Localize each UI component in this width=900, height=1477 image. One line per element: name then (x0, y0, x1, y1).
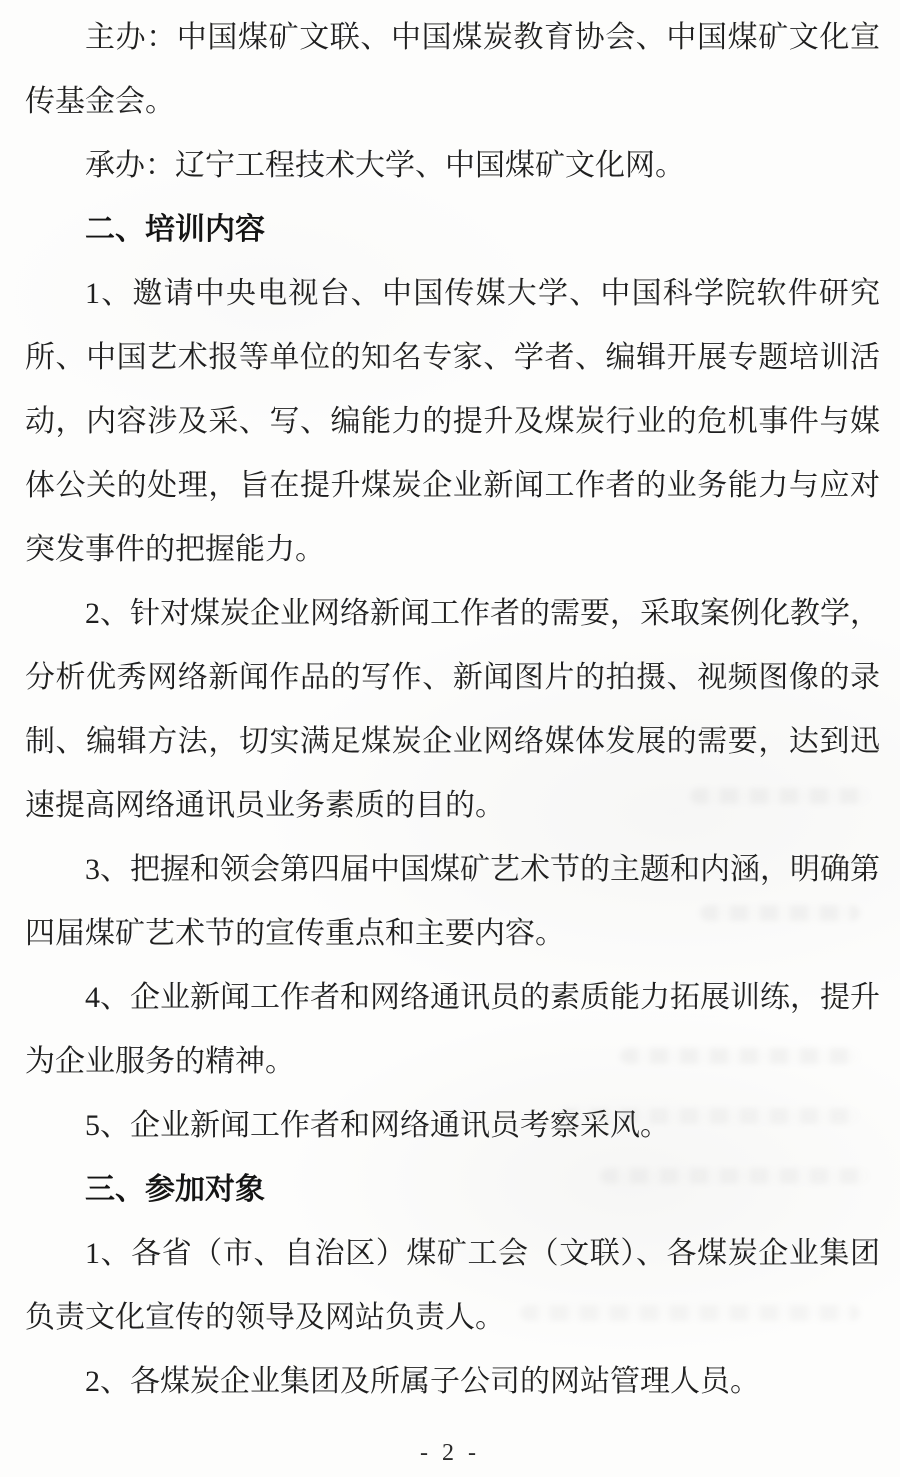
scanned-document-page: 主办：中国煤矿文联、中国煤炭教育协会、中国煤矿文化宣传基金会。 承办：辽宁工程技… (0, 0, 900, 1477)
participant-item-1: 1、各省（市、自治区）煤矿工会（文联）、各煤炭企业集团负责文化宣传的领导及网站负… (25, 1222, 880, 1350)
training-item-1: 1、邀请中央电视台、中国传媒大学、中国科学院软件研究所、中国艺术报等单位的知名专… (25, 262, 880, 582)
undertaking-organizations-line: 承办：辽宁工程技术大学、中国煤矿文化网。 (25, 134, 880, 198)
training-item-3: 3、把握和领会第四届中国煤矿艺术节的主题和内涵，明确第四届煤矿艺术节的宣传重点和… (25, 838, 880, 966)
document-body: 主办：中国煤矿文联、中国煤炭教育协会、中国煤矿文化宣传基金会。 承办：辽宁工程技… (0, 0, 900, 1414)
host-organizations-line: 主办：中国煤矿文联、中国煤炭教育协会、中国煤矿文化宣传基金会。 (25, 6, 880, 134)
training-item-5: 5、企业新闻工作者和网络通讯员考察采风。 (25, 1094, 880, 1158)
section-heading-training-content: 二、培训内容 (25, 198, 880, 262)
page-number: - 2 - (0, 1440, 900, 1467)
training-item-4: 4、企业新闻工作者和网络通讯员的素质能力拓展训练，提升为企业服务的精神。 (25, 966, 880, 1094)
participant-item-2: 2、各煤炭企业集团及所属子公司的网站管理人员。 (25, 1350, 880, 1414)
section-heading-participants: 三、参加对象 (25, 1158, 880, 1222)
training-item-2: 2、针对煤炭企业网络新闻工作者的需要，采取案例化教学，分析优秀网络新闻作品的写作… (25, 582, 880, 838)
